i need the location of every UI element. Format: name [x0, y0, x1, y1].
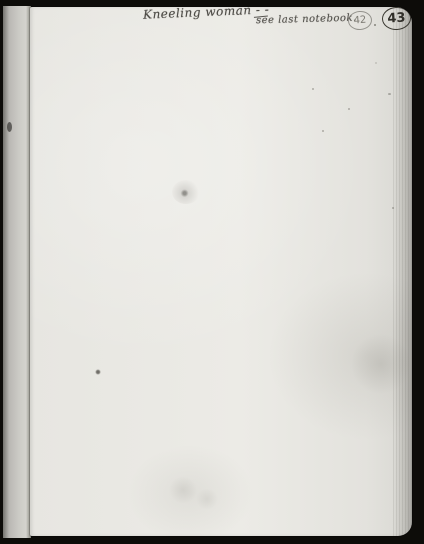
- speck: [95, 369, 101, 375]
- binding-edge: [3, 6, 31, 538]
- stain: [195, 489, 219, 509]
- pencil-dot: [374, 24, 376, 26]
- pencil-page-number: 42: [347, 10, 372, 31]
- binding-notch: [7, 122, 12, 132]
- stain: [168, 477, 198, 503]
- speck: [348, 108, 350, 110]
- handwritten-note: see last notebook.: [254, 13, 357, 27]
- stain: [172, 180, 200, 204]
- handwritten-note-text: see last notebook.: [256, 13, 357, 27]
- notebook-page: Kneeling woman - - see last notebook. 42…: [30, 7, 412, 536]
- speck: [375, 62, 377, 64]
- speck: [388, 93, 391, 95]
- scanned-notebook-photo: Kneeling woman - - see last notebook. 42…: [0, 0, 424, 544]
- page-edge-striations: [393, 7, 412, 536]
- speck: [322, 130, 324, 132]
- speck: [312, 88, 314, 90]
- handwritten-title: Kneeling woman - -: [143, 7, 270, 22]
